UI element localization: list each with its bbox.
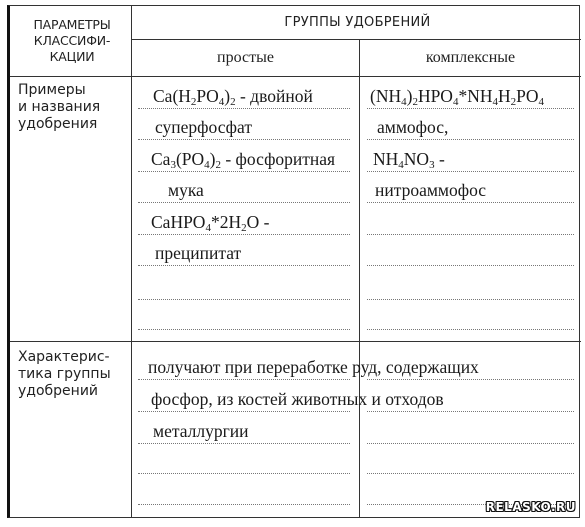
complex-fertilizer-text: (NH4)2HPO4*NH4H2PO4: [370, 86, 544, 106]
row-label-characteristic: Характерис- тика группы удобрений: [18, 349, 111, 400]
dotted-writing-line: [367, 108, 574, 109]
dotted-writing-line: [138, 443, 350, 444]
dotted-writing-line: [367, 329, 574, 330]
header-bottom-divider: [10, 76, 581, 77]
dotted-writing-line: [367, 379, 574, 380]
dotted-writing-line: [138, 171, 350, 172]
dotted-writing-line: [138, 202, 350, 203]
simple-fertilizer-text: CaHPO4*2H2O -: [151, 212, 269, 232]
dotted-writing-line: [367, 171, 574, 172]
complex-fertilizer-text: нитроаммофос: [375, 180, 486, 200]
characteristic-text: получают при переработке руд, содержащих: [148, 357, 479, 377]
dotted-writing-line: [367, 139, 574, 140]
dotted-writing-line: [138, 329, 350, 330]
dotted-writing-line: [367, 473, 574, 474]
simple-fertilizer-text: преципитат: [155, 243, 241, 263]
row-label-line: Характерис-: [18, 349, 111, 366]
header-params-cell: ПАРАМЕТРЫ КЛАССИФИ- КАЦИИ: [10, 6, 134, 76]
characteristic-text: фосфор, из костей животных и отходов: [151, 389, 444, 409]
simple-fertilizer-text: Ca3(PO4)2 - фосфоритная: [151, 149, 335, 169]
header-groups-title: ГРУППЫ УДОБРЕНИЙ: [134, 6, 581, 39]
header-params-line: КАЦИИ: [50, 49, 95, 65]
dotted-writing-line: [367, 234, 574, 235]
row-label-examples: Примеры и названия удобрения: [18, 82, 100, 133]
fertilizer-classification-table: ПАРАМЕТРЫ КЛАССИФИ- КАЦИИ ГРУППЫ УДОБРЕН…: [7, 5, 580, 518]
header-complex: комплексные: [360, 40, 581, 76]
dotted-writing-line: [138, 108, 350, 109]
dotted-writing-line: [367, 202, 574, 203]
dotted-writing-line: [138, 265, 350, 266]
dotted-writing-line: [138, 473, 350, 474]
simple-fertilizer-text: мука: [168, 180, 204, 200]
complex-fertilizer-text: NH4NO3 -: [373, 149, 445, 169]
row-label-line: тика группы: [18, 366, 111, 383]
watermark: RELASKO.RU: [486, 500, 576, 514]
dotted-writing-line: [367, 443, 574, 444]
column-divider-label: [131, 6, 132, 517]
characteristic-text: металлургии: [153, 421, 249, 441]
header-params-line: ПАРАМЕТРЫ: [33, 17, 110, 33]
row-label-line: удобрений: [18, 383, 111, 400]
dotted-writing-line: [367, 265, 574, 266]
row-label-line: удобрения: [18, 116, 100, 133]
dotted-writing-line: [138, 504, 350, 505]
header-simple: простые: [132, 40, 359, 76]
row-label-line: Примеры: [18, 82, 100, 99]
dotted-writing-line: [138, 234, 350, 235]
dotted-writing-line: [138, 379, 350, 380]
simple-fertilizer-text: суперфосфат: [155, 117, 252, 137]
complex-fertilizer-text: аммофос,: [377, 117, 448, 137]
dotted-writing-line: [367, 411, 574, 412]
simple-fertilizer-text: Ca(H2PO4)2 - двойной: [153, 86, 313, 106]
dotted-writing-line: [138, 299, 350, 300]
dotted-writing-line: [138, 139, 350, 140]
dotted-writing-line: [138, 411, 350, 412]
dotted-writing-line: [367, 299, 574, 300]
header-params-line: КЛАССИФИ-: [34, 33, 110, 49]
row-divider: [10, 341, 581, 342]
row-label-line: и названия: [18, 99, 100, 116]
column-divider-simple-complex: [359, 39, 360, 517]
